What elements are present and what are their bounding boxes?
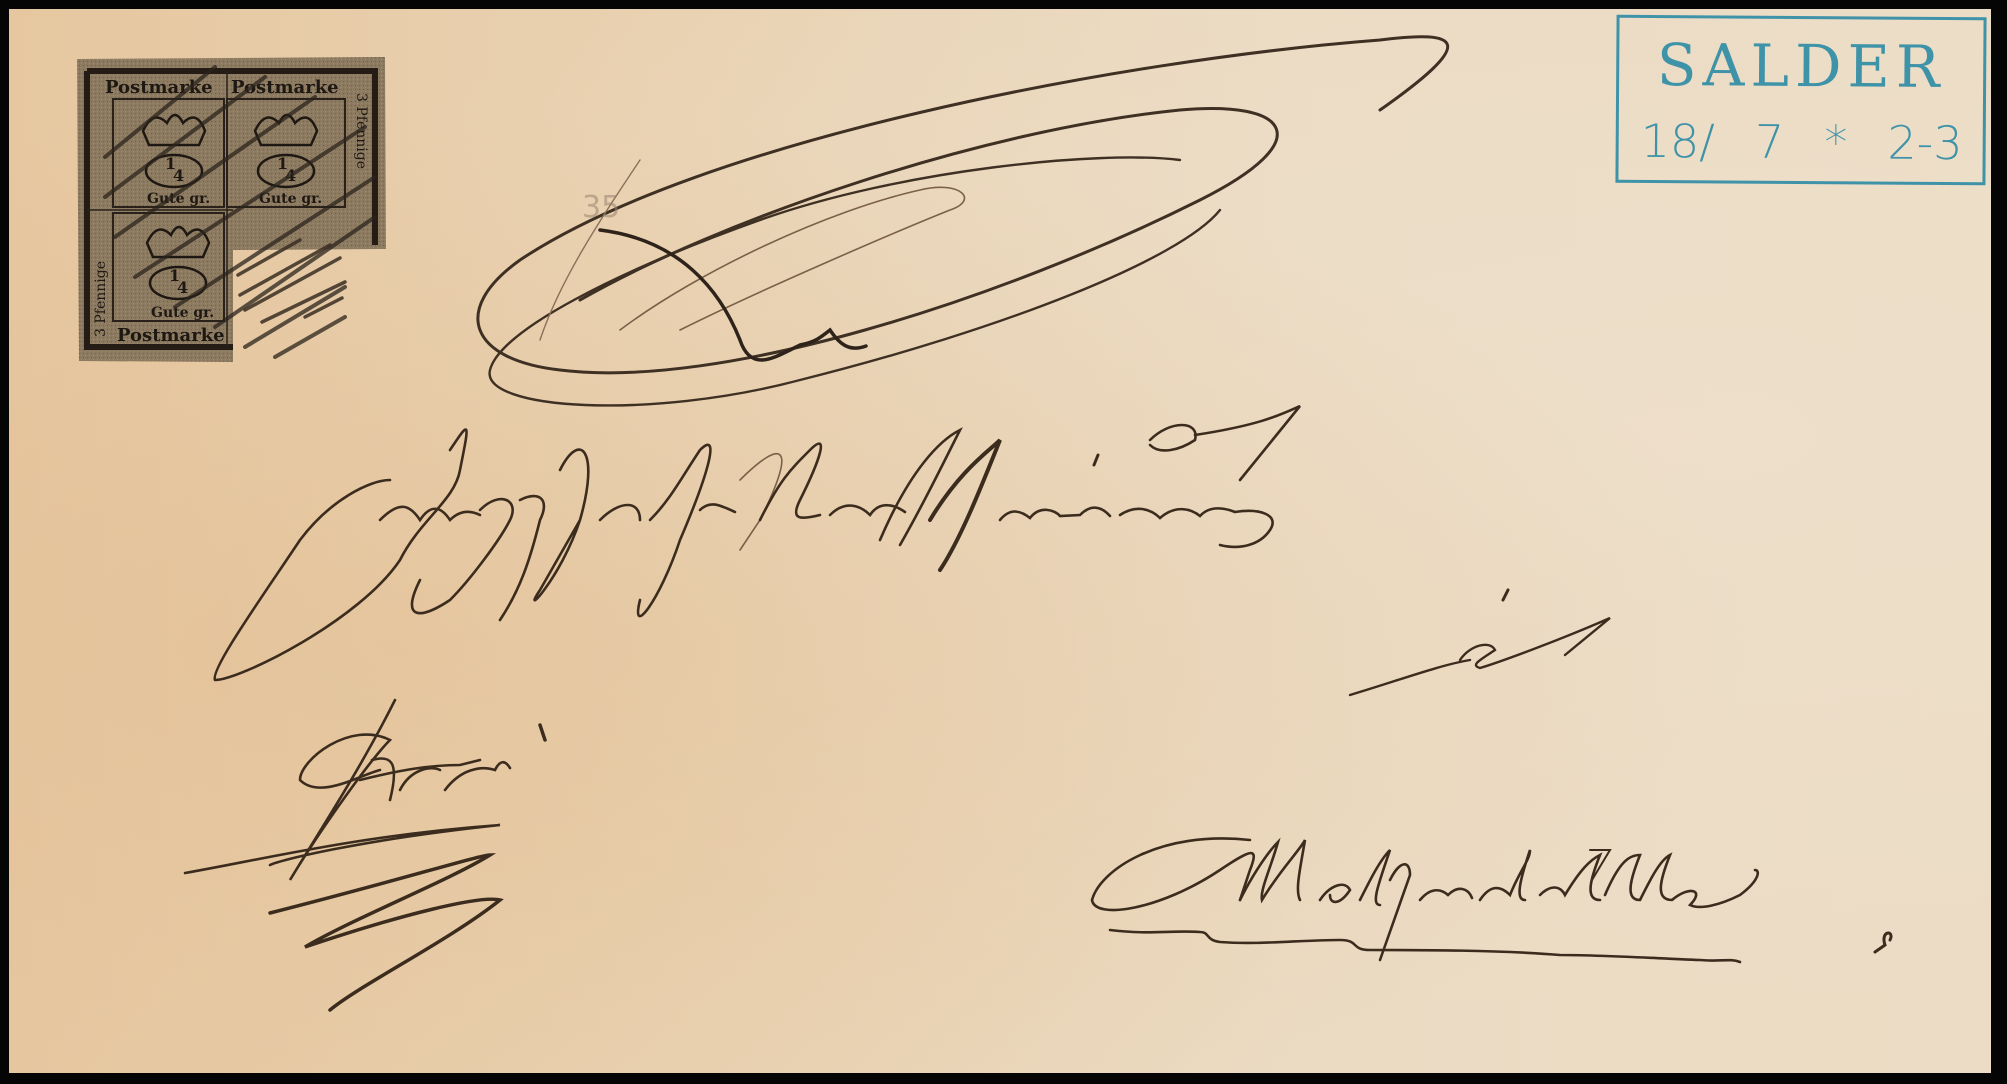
postmark-day: 18/ — [1641, 118, 1715, 165]
cancel-bars — [238, 240, 345, 322]
city-script — [1092, 838, 1891, 962]
dem-flourish — [478, 37, 1448, 406]
recipient-script — [215, 406, 1300, 680]
postmark-box: SALDER 18/ 7 * 2-3 — [1615, 15, 1986, 186]
pencil-note: 35 — [582, 190, 620, 225]
postmark-month: 7 — [1755, 119, 1785, 165]
postmark-hour: 2-3 — [1887, 120, 1962, 167]
franking-script — [185, 700, 545, 1010]
postmark-town: SALDER — [1619, 36, 1983, 97]
postmark-date: 18/ 7 * 2-3 — [1641, 118, 1963, 166]
postmark-star-icon: * — [1824, 119, 1847, 165]
preposition-script — [1350, 590, 1610, 695]
